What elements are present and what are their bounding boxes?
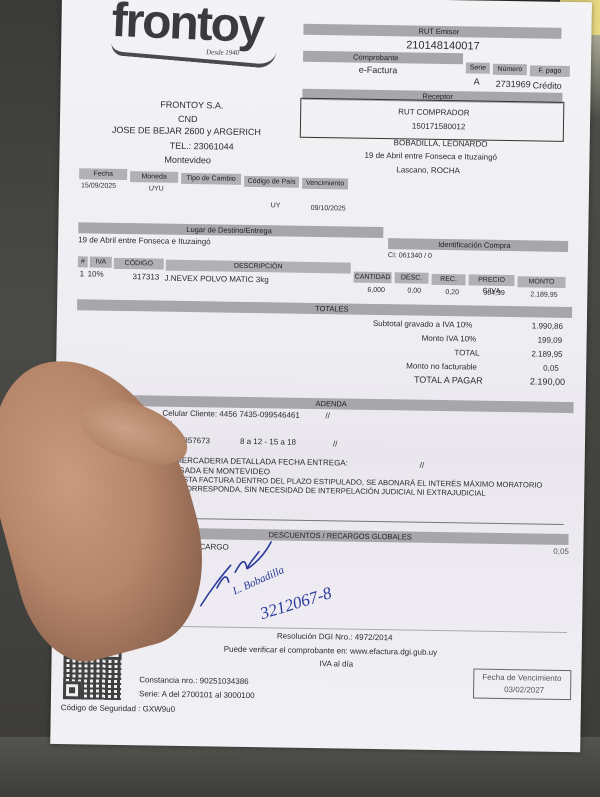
signature-ci: 3212067-8 [257,583,334,623]
fecha-value: 15/09/2025 [81,182,116,190]
handwritten-signature: L. Bobadilla 3212067-8 [192,536,363,624]
total-value: 2.189,95 [531,349,562,358]
total-pagar-label: TOTAL A PAGAR [414,375,483,386]
col-precio: PRECIO C/IVA [468,274,514,286]
emisor-name: FRONTOY S.A. [160,100,223,111]
row-num: 1 [80,269,85,278]
row-descripcion: J.NEVEX POLVO MATIC 3kg [164,274,268,285]
identificacion-header: Identificación Compra [388,238,568,252]
resolucion-dgi: Resolución DGI Nro.: 4972/2014 [277,631,393,642]
total-label: TOTAL [454,348,479,357]
identificacion-value: CI: 061340 / 0 [388,252,432,260]
destino-label: Lugar de Destino/Entrega [186,225,272,235]
row-cantidad: 6,000 [367,287,385,294]
constancia: Constancia nro.: 90251034386 [139,675,249,686]
numero-value: 2731969 [496,79,531,90]
emisor-city: Montevideo [164,155,211,166]
emisor-address: JOSE DE BEJAR 2600 y ARGERICH [112,125,261,137]
identificacion-label: Identificación Compra [438,240,511,250]
rut-comprador-label: RUT COMPRADOR [398,107,470,117]
comprobante-value: e-Factura [359,65,398,76]
rut-emisor-label: RUT Emisor [418,27,459,37]
subtotal-value: 1.990,86 [532,321,563,330]
col-rec: REC. [431,274,465,286]
venc-value: 03/02/2027 [504,685,544,695]
vencimiento-value: 09/10/2025 [311,205,346,213]
monto-iva-value: 199,09 [538,336,563,345]
row-rec: 0,20 [445,289,459,296]
col-iva: IVA [90,256,112,267]
recargo-value: 0,05 [553,547,569,556]
row-precio: 364,99 [483,290,505,297]
emisor-tel: TEL.: 23061044 [170,141,234,152]
totales-label: TOTALES [315,304,349,314]
row-desc: 0,00 [407,287,421,294]
codigo-pais-value: UY [271,202,281,209]
no-facturable-value: 0,05 [543,364,559,373]
adenda-celular: Celular Cliente: 4456 7435-099546461 [162,409,300,420]
col-descripcion: DESCRIPCIÓN [166,260,351,274]
comprobante-label: Comprobante [353,53,399,63]
numero-label: Número [493,64,527,76]
emisor-line2: CND [178,114,198,124]
col-num: # [78,256,88,267]
no-facturable-label: Monto no facturable [406,361,477,371]
serie-value: A [474,76,480,86]
moneda-label: Moneda [130,171,178,183]
adenda-hours: 8 a 12 - 15 a 18 [240,437,296,447]
adenda-label: ADENDA [316,399,347,408]
col-codigo: CÓDIGO [114,258,164,270]
fpago-value: Crédito [533,80,562,90]
totales-header: TOTALES [77,299,572,318]
row-iva: 10% [88,269,104,278]
rut-emisor-header: RUT Emisor [303,24,561,39]
serie-rango: Serie: A del 2700101 al 3000100 [139,689,255,700]
qr-finder-bl [63,681,81,699]
vencimiento-box: Fecha de Vencimiento 03/02/2027 [473,669,571,701]
tipo-cambio-label: Tipo de Cambio [181,173,241,185]
vencimiento-label: Vencimiento [302,178,348,190]
receptor-box [300,98,565,142]
row-monto: 2.189,95 [530,291,557,298]
codigo-seguridad: Código de Seguridad : GXW9u0 [61,703,175,714]
signature-name: L. Bobadilla [230,564,286,598]
verificar-text: Puede verificar el comprobante en: www.e… [224,645,438,657]
adenda-mark-2: // [333,439,338,448]
iva-al-dia: IVA al día [319,659,353,669]
serie-label: Serie [466,62,490,73]
fecha-label: Fecha [79,168,127,180]
moneda-value: UYU [149,185,164,192]
row-codigo: 317313 [132,272,159,281]
destino-value: 19 de Abril entre Fonseca e Ituzaingó [78,235,211,246]
receptor-city: Lascano, ROCHA [396,165,460,175]
comprobante-header: Comprobante [303,51,463,65]
codigo-pais-label: Código de País [244,176,299,188]
rut-emisor-value: 210148140017 [406,39,480,52]
adenda-mark-3: // [420,461,425,470]
col-cantidad: CANTIDAD [354,272,392,284]
receptor-name: BOBADILLA, LEONARDO [394,138,488,148]
col-desc: DESC. [394,272,428,284]
venc-label: Fecha de Vencimiento [482,673,561,683]
receptor-address: 19 de Abril entre Fonseca e Ituzaingó [364,151,497,162]
rut-comprador-value: 150171580012 [412,122,466,132]
total-pagar-value: 2.190,00 [530,376,565,387]
adenda-mark-1: // [325,411,330,420]
subtotal-label: Subtotal gravado a IVA 10% [373,319,473,330]
brand-tagline: Desde 1940 [206,48,239,57]
monto-iva-label: Monto IVA 10% [422,334,477,344]
col-monto: MONTO [517,276,565,288]
fpago-label: F. pago [530,65,570,77]
